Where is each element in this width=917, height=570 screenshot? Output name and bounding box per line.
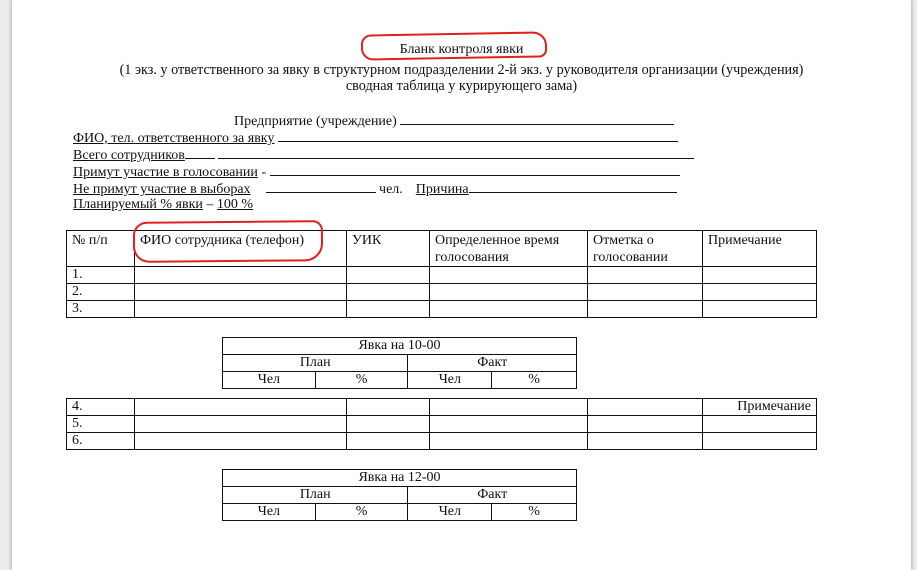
document-title: Бланк контроля явки xyxy=(12,42,911,58)
turnout-10-plan: План xyxy=(223,355,408,372)
header-number: № п/п xyxy=(67,231,135,267)
cell-employee[interactable] xyxy=(135,416,347,433)
cell-note[interactable] xyxy=(703,301,817,318)
turnout-10-title: Явка на 10-00 xyxy=(223,338,577,355)
cell-note-header: Примечание xyxy=(703,399,817,416)
header-uik: УИК xyxy=(347,231,430,267)
will-vote-label: Примут участие в голосовании xyxy=(73,165,258,180)
reason-input-line[interactable] xyxy=(469,180,677,193)
cell-time[interactable] xyxy=(430,267,588,284)
cell-uik[interactable] xyxy=(347,267,430,284)
enterprise-input-line[interactable] xyxy=(400,112,674,125)
table-row: 2. xyxy=(67,284,817,301)
cell-mark[interactable] xyxy=(588,267,703,284)
cell-time[interactable] xyxy=(430,301,588,318)
cell-note[interactable] xyxy=(703,267,817,284)
turnout-10-plan-people: Чел xyxy=(223,372,316,389)
header-employee-name: ФИО сотрудника (телефон) xyxy=(135,231,347,267)
people-unit: чел. xyxy=(379,182,403,197)
header-voting-time: Определенное время голосования xyxy=(430,231,588,267)
employees-table: № п/п ФИО сотрудника (телефон) УИК Опред… xyxy=(66,230,817,318)
cell-employee[interactable] xyxy=(135,399,347,416)
cell-uik[interactable] xyxy=(347,399,430,416)
cell-employee[interactable] xyxy=(135,301,347,318)
cell-time[interactable] xyxy=(430,416,588,433)
cell-uik[interactable] xyxy=(347,284,430,301)
planned-dash: – xyxy=(203,197,217,212)
total-label-underline xyxy=(185,146,215,159)
cell-employee[interactable] xyxy=(135,267,347,284)
planned-value: 100 % xyxy=(217,197,253,212)
will-not-vote-field: Не примут участие в выборах чел. Причина xyxy=(73,180,677,198)
cell-mark[interactable] xyxy=(588,433,703,450)
will-not-vote-input-line[interactable] xyxy=(266,180,376,193)
row-number: 2. xyxy=(67,284,135,301)
enterprise-label: Предприятие (учреждение) xyxy=(234,114,397,129)
table-row: 3. xyxy=(67,301,817,318)
turnout-12-fact-percent: % xyxy=(492,504,577,521)
cell-mark[interactable] xyxy=(588,416,703,433)
row-number: 4. xyxy=(67,399,135,416)
responsible-label: ФИО, тел. ответственного за явку xyxy=(73,131,274,146)
cell-time[interactable] xyxy=(430,284,588,301)
table-row: 6. xyxy=(67,433,817,450)
cell-time[interactable] xyxy=(430,433,588,450)
will-vote-input-line[interactable] xyxy=(270,163,680,176)
turnout-10-plan-percent: % xyxy=(315,372,408,389)
turnout-10-table: Явка на 10-00 План Факт Чел % Чел % xyxy=(222,337,577,389)
cell-time[interactable] xyxy=(430,399,588,416)
cell-note[interactable] xyxy=(703,416,817,433)
turnout-10-fact: Факт xyxy=(408,355,577,372)
document-subtitle-line2: сводная таблица у курирующего зама) xyxy=(12,78,911,95)
enterprise-field: Предприятие (учреждение) xyxy=(234,112,674,130)
turnout-12-title: Явка на 12-00 xyxy=(223,470,577,487)
table-row: 1. xyxy=(67,267,817,284)
cell-mark[interactable] xyxy=(588,399,703,416)
reason-label: Причина xyxy=(416,182,469,197)
row-number: 3. xyxy=(67,301,135,318)
cell-uik[interactable] xyxy=(347,416,430,433)
total-label: Всего сотрудников xyxy=(73,148,185,163)
responsible-input-line[interactable] xyxy=(278,129,678,142)
document-subtitle-line1: (1 экз. у ответственного за явку в струк… xyxy=(12,62,911,79)
header-note: Примечание xyxy=(703,231,817,267)
document-page: Бланк контроля явки (1 экз. у ответствен… xyxy=(12,0,911,570)
table-header-row: № п/п ФИО сотрудника (телефон) УИК Опред… xyxy=(67,231,817,267)
cell-mark[interactable] xyxy=(588,301,703,318)
employees-table-2: 4. Примечание 5. 6. xyxy=(66,398,817,450)
planned-label: Планируемый % явки xyxy=(73,197,203,212)
row-number: 1. xyxy=(67,267,135,284)
turnout-10-fact-percent: % xyxy=(492,372,577,389)
cell-uik[interactable] xyxy=(347,433,430,450)
will-vote-dash: - xyxy=(258,165,266,180)
row-number: 6. xyxy=(67,433,135,450)
will-vote-field: Примут участие в голосовании - xyxy=(73,163,680,181)
planned-field: Планируемый % явки – 100 % xyxy=(73,197,253,213)
cell-employee[interactable] xyxy=(135,284,347,301)
responsible-field: ФИО, тел. ответственного за явку xyxy=(73,129,678,147)
cell-mark[interactable] xyxy=(588,284,703,301)
will-not-vote-label: Не примут участие в выборах xyxy=(73,182,251,197)
table-row: 5. xyxy=(67,416,817,433)
cell-uik[interactable] xyxy=(347,301,430,318)
turnout-12-plan-percent: % xyxy=(315,504,408,521)
turnout-12-table: Явка на 12-00 План Факт Чел % Чел % xyxy=(222,469,577,521)
header-voting-mark: Отметка о голосовании xyxy=(588,231,703,267)
table-row: 4. Примечание xyxy=(67,399,817,416)
turnout-12-plan: План xyxy=(223,487,408,504)
turnout-12-fact-people: Чел xyxy=(408,504,492,521)
cell-note[interactable] xyxy=(703,433,817,450)
turnout-10-fact-people: Чел xyxy=(408,372,492,389)
total-input-line[interactable] xyxy=(218,146,694,159)
cell-employee[interactable] xyxy=(135,433,347,450)
total-field: Всего сотрудников xyxy=(73,146,694,164)
cell-note[interactable] xyxy=(703,284,817,301)
turnout-12-fact: Факт xyxy=(408,487,577,504)
turnout-12-plan-people: Чел xyxy=(223,504,316,521)
row-number: 5. xyxy=(67,416,135,433)
